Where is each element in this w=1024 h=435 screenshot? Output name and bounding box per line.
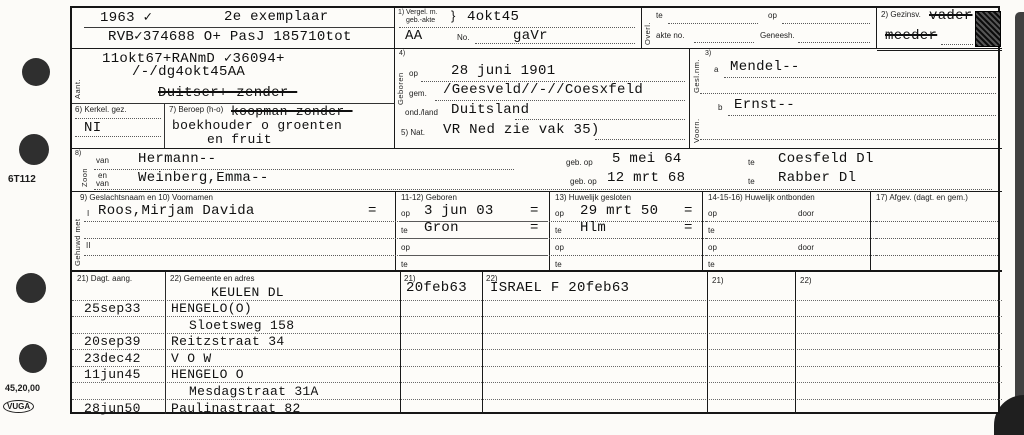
op-label: op <box>401 243 410 252</box>
copy-note: 2e exemplaar <box>224 9 328 25</box>
punch-hole <box>19 344 47 373</box>
name-box: Gesl.nm. 3) a Mendel-- Voorn. b Ernst-- <box>690 48 1002 148</box>
profession-line2: boekhouder o groenten <box>172 118 342 133</box>
zoon-vertical-label: Zoon <box>81 155 89 187</box>
mother-birth-place: Rabber Dl <box>778 170 856 186</box>
top-left-box: 1963 ✓ 2e exemplaar RVB✓374688 O+ PasJ 1… <box>72 8 395 48</box>
rule <box>706 255 868 256</box>
marriage-date: 29 mrt 50 <box>580 203 658 219</box>
nat-label: 5) Nat. <box>401 128 425 137</box>
op-label: op <box>555 243 564 252</box>
entry-date: 11jun45 <box>72 367 165 382</box>
annotations-box: Aant. 11okt67+RANmD ✓36094+ /-/dg4okt45A… <box>72 48 395 104</box>
rule <box>399 238 547 239</box>
op-label: op <box>708 209 717 218</box>
spouse-birth-place: Gron <box>424 220 459 236</box>
father-birth-place: Coesfeld Dl <box>778 151 874 167</box>
rule <box>941 44 973 45</box>
column-line <box>165 272 166 414</box>
birth-place: /Geesveld//-//Coesxfeld <box>443 82 643 98</box>
te-label: te <box>708 260 715 269</box>
geb-op-label: geb. op <box>570 177 597 186</box>
sub-a-label: a <box>714 65 718 74</box>
registration-number: RVB✓374688 O+ PasJ 185710tot <box>108 28 352 45</box>
spouse-name: Roos,Mirjam Davida <box>98 203 255 219</box>
birth-cert-box: 1) Vergel. m. geb.-akte } 4okt45 AA No. … <box>395 8 642 48</box>
family-position-box: 2) Gezinsv. vader meeder <box>877 8 1002 51</box>
rule <box>475 43 635 44</box>
entry-address: Mesdagstraat 31A <box>165 384 400 399</box>
rule <box>75 118 161 119</box>
address-row: Mesdagstraat 31A <box>72 383 1002 400</box>
rule <box>435 100 685 101</box>
margin-code-bottom: 45,20,00 <box>5 383 40 393</box>
rule <box>706 238 868 239</box>
no-label: No. <box>457 33 469 42</box>
box3-number: 3) <box>705 50 711 57</box>
issued-col-header: 17) Afgev. (dagt. en gem.) <box>876 193 968 202</box>
punch-hole <box>19 134 49 165</box>
birth-box: 4) Geboren op 28 juni 1901 gem. /Geesvel… <box>395 48 690 148</box>
column-line <box>549 192 550 270</box>
father-birth-date: 5 mei 64 <box>612 151 682 167</box>
gehuwd-met-vertical-label: Gehuwd met <box>74 202 82 266</box>
rule <box>876 255 996 256</box>
parents-row: 8) Zoon van Hermann-- en van Weinberg,Em… <box>72 148 1002 191</box>
registry-card: 1963 ✓ 2e exemplaar RVB✓374688 O+ PasJ 1… <box>70 6 1000 414</box>
birth-country: Duitsland <box>451 102 529 118</box>
rule <box>399 255 547 256</box>
van-label: van <box>96 179 109 188</box>
entry-date: 23dec42 <box>72 351 165 366</box>
beroep-label: 7) Beroep (h-o) <box>169 105 223 114</box>
van-label: van <box>96 156 109 165</box>
rule <box>798 42 870 43</box>
entry-date: 25sep33 <box>72 301 165 316</box>
rule <box>595 139 685 140</box>
rule <box>694 42 754 43</box>
gezinsv-label: 2) Gezinsv. <box>881 10 921 19</box>
entry-date: 20sep39 <box>72 334 165 349</box>
address-row: 23dec42 V O W <box>72 350 1002 367</box>
rule <box>700 93 996 94</box>
married-col-header: 13) Huwelijk gesloten <box>555 193 631 202</box>
dissolved-col-header: 14-15-16) Huwelijk ontbonden <box>708 193 815 202</box>
rule <box>876 221 996 222</box>
address-row: 25sep33 HENGELO(O) <box>72 301 1002 318</box>
address-table: 21) Dagt. aang. 22) Gemeente en adres 21… <box>72 270 1002 414</box>
publisher-stamp: VUGA <box>3 396 34 414</box>
deceased-vertical-label: Overl. <box>644 11 652 45</box>
column-line <box>795 272 796 414</box>
aant-line2: /-/dg4okt45AA <box>132 64 245 80</box>
column-line <box>395 192 396 270</box>
rule <box>399 221 547 222</box>
entry-address: HENGELO(O) <box>165 301 400 316</box>
te-label: te <box>401 260 408 269</box>
year-value: 1963 ✓ <box>100 9 152 26</box>
box1-number: 1) <box>398 9 404 16</box>
entry-address: V O W <box>165 351 400 366</box>
first-name-value: Ernst-- <box>734 97 795 113</box>
hatched-block <box>975 11 1001 47</box>
gemeente-adres-header: 22) Gemeente en adres <box>170 274 255 283</box>
rule <box>706 221 868 222</box>
rule <box>700 139 996 140</box>
family-position-value-1: vader <box>929 8 973 24</box>
spouse-birth-date: 3 jun 03 <box>424 203 494 219</box>
dagt-aang-header: 21) Dagt. aang. <box>77 274 132 283</box>
door-label: door <box>798 243 814 252</box>
geslnm-vertical-label: Gesl.nm. <box>693 53 701 93</box>
box1-brace: } <box>451 8 455 23</box>
name-col-header: 9) Geslachtsnaam en 10) Voornamen <box>80 193 213 202</box>
te-label: te <box>656 11 663 20</box>
adjacent-card-edge <box>1015 12 1024 414</box>
equals-mark: = <box>684 203 693 219</box>
surname-value: Mendel-- <box>730 59 800 75</box>
birth-cert-date: 4okt45 <box>467 9 519 25</box>
punch-hole <box>16 273 46 303</box>
publisher-stamp-text: VUGA <box>3 400 34 413</box>
rule <box>75 136 161 137</box>
op-label: op <box>768 11 777 20</box>
deceased-box: Overl. te op akte no. Geneesh. <box>642 8 877 48</box>
akte-no-label: akte no. <box>656 31 684 40</box>
entry-address: Sloetsweg 158 <box>165 318 400 333</box>
op-label: op <box>409 69 418 78</box>
box1-label-line1: Vergel. m. <box>406 9 438 16</box>
marriage-table: 9) Geslachtsnaam en 10) Voornamen Gehuwd… <box>72 191 1002 270</box>
land-label: ond./land <box>405 108 438 117</box>
te-label: te <box>555 226 562 235</box>
geneesh-label: Geneesh. <box>760 31 795 40</box>
address-row: KEULEN DL <box>72 284 1002 301</box>
profession-box: 7) Beroep (h-o) koopman-zonder- boekhoud… <box>165 104 395 148</box>
equals-mark: = <box>684 220 693 236</box>
te-label: te <box>401 226 408 235</box>
birth-cert-code: gaVr <box>513 28 548 44</box>
column-line <box>707 272 708 414</box>
rule <box>782 23 870 24</box>
profession-line3: en fruit <box>207 132 272 147</box>
address-row: Sloetsweg 158 <box>72 317 1002 334</box>
margin-code-top: 6T112 <box>8 174 36 185</box>
geb-op-label: geb. op <box>566 158 593 167</box>
column-line <box>702 192 703 270</box>
entry-date: 28jun50 <box>72 401 165 416</box>
rule <box>94 189 992 190</box>
birth-date: 28 juni 1901 <box>451 63 555 79</box>
te-label: te <box>748 177 755 186</box>
equals-mark: = <box>368 203 377 219</box>
entry-address: HENGELO O <box>165 367 400 382</box>
born-col-header: 11-12) Geboren <box>401 193 457 202</box>
spouse-row2-numeral: II <box>86 241 90 250</box>
rule <box>724 77 996 78</box>
box1-label-line2: geb.-akte <box>406 17 435 24</box>
te-label: te <box>555 260 562 269</box>
entry-address: Paulinastraat 82 <box>165 401 400 416</box>
door-label: door <box>798 209 814 218</box>
church-box: 6) Kerkel. gez. NI <box>72 104 165 148</box>
spouse-row1-numeral: I <box>87 209 89 218</box>
equals-mark: = <box>530 203 539 219</box>
punch-hole <box>22 58 50 86</box>
rule <box>876 238 996 239</box>
father-name: Hermann-- <box>138 151 216 167</box>
address-row: 28jun50 Paulinastraat 82 <box>72 400 1002 417</box>
box4-number: 4) <box>399 50 405 57</box>
mother-name: Weinberg,Emma-- <box>138 170 269 186</box>
op-label: op <box>708 243 717 252</box>
address-rows: KEULEN DL 25sep33 HENGELO(O) Sloetsweg 1… <box>72 284 1002 416</box>
op-label: op <box>401 209 410 218</box>
entry-address: KEULEN DL <box>165 285 400 300</box>
address-row: 20sep39 Reitzstraat 34 <box>72 334 1002 351</box>
geboren-vertical-label: Geboren <box>397 59 405 105</box>
column-line <box>870 192 871 270</box>
profession-struck: koopman-zonder- <box>231 104 353 119</box>
aant-vertical-label: Aant. <box>74 57 82 99</box>
column-line <box>400 272 401 414</box>
te-label: te <box>708 226 715 235</box>
te-label: te <box>748 158 755 167</box>
sub-b-label: b <box>718 103 722 112</box>
aant-line3-nationality: Duitser+-zender- <box>158 85 297 101</box>
rule <box>728 115 996 116</box>
birth-cert-prefix: AA <box>405 28 422 44</box>
rule <box>515 119 685 120</box>
address-row: 11jun45 HENGELO O <box>72 367 1002 384</box>
entry-address: Reitzstraat 34 <box>165 334 400 349</box>
scanned-registry-card-page: { "ink": "#161616", "paper": "#fdfcf9", … <box>0 0 1024 435</box>
rule <box>668 23 758 24</box>
kerkel-gez-label: 6) Kerkel. gez. <box>75 105 127 114</box>
rule <box>553 221 700 222</box>
voorn-vertical-label: Voorn. <box>693 101 701 143</box>
mother-birth-date: 12 mrt 68 <box>607 170 685 186</box>
family-position-value-2: meeder <box>885 28 937 44</box>
gem-label: gem. <box>409 89 427 98</box>
column-line <box>482 272 483 414</box>
op-label: op <box>555 209 564 218</box>
marriage-place: Hlm <box>580 220 606 236</box>
nationality-value: VR Ned zie vak 35) <box>443 122 600 138</box>
equals-mark: = <box>530 220 539 236</box>
rule <box>553 255 700 256</box>
rule <box>553 238 700 239</box>
church-value: NI <box>84 120 101 136</box>
